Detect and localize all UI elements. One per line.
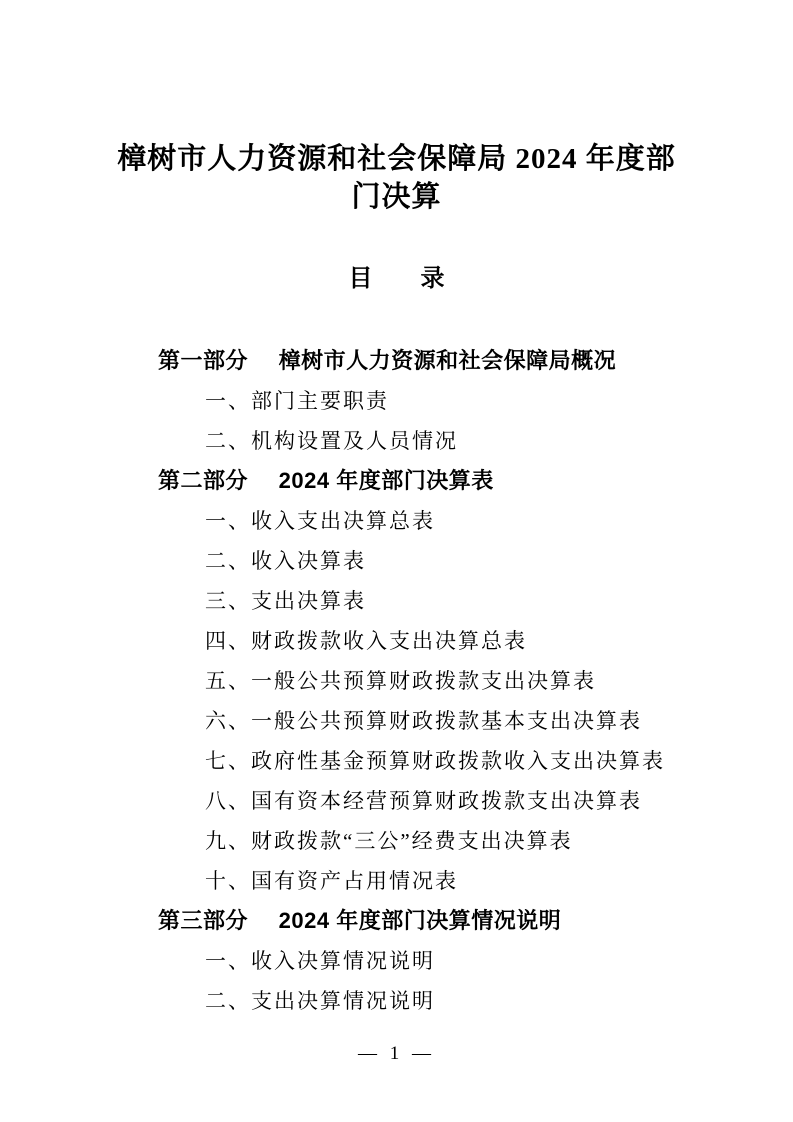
toc-part-3-label: 第三部分: [158, 908, 248, 933]
toc-part-1-heading: 第一部分 樟树市人力资源和社会保障局概况: [158, 341, 793, 381]
toc-part-1: 第一部分 樟树市人力资源和社会保障局概况 一、部门主要职责 二、机构设置及人员情…: [158, 341, 793, 461]
toc-item: 六、一般公共预算财政拨款基本支出决算表: [205, 701, 793, 741]
toc-item: 九、财政拨款“三公”经费支出决算表: [205, 821, 793, 861]
toc-item: 八、国有资本经营预算财政拨款支出决算表: [205, 781, 793, 821]
page-number: — 1 —: [358, 1043, 435, 1064]
toc-part-3-title: 2024 年度部门决算情况说明: [279, 908, 562, 933]
toc-heading-char-1: 目: [349, 259, 373, 299]
page-footer: — 1 —: [0, 1044, 793, 1064]
document-title-line-1: 樟树市人力资源和社会保障局 2024 年度部: [55, 140, 738, 178]
toc-item: 十、国有资产占用情况表: [205, 861, 793, 901]
toc-item: 二、机构设置及人员情况: [205, 421, 793, 461]
toc-part-2-title: 2024 年度部门决算表: [279, 468, 494, 493]
toc-item: 二、支出决算情况说明: [205, 981, 793, 1021]
toc-part-2: 第二部分 2024 年度部门决算表 一、收入支出决算总表 二、收入决算表 三、支…: [158, 461, 793, 901]
toc-item: 二、收入决算表: [205, 541, 793, 581]
document-title-line-2: 门决算: [55, 178, 738, 216]
toc-heading-char-2: 录: [421, 259, 445, 299]
toc-part-1-title: 樟树市人力资源和社会保障局概况: [279, 348, 617, 373]
toc-heading: 目 录: [0, 259, 793, 299]
toc-item: 七、政府性基金预算财政拨款收入支出决算表: [205, 741, 793, 781]
document-title: 樟树市人力资源和社会保障局 2024 年度部 门决算: [55, 140, 738, 216]
toc-item: 一、收入支出决算总表: [205, 501, 793, 541]
document-page: 樟树市人力资源和社会保障局 2024 年度部 门决算 目 录 第一部分 樟树市人…: [0, 0, 793, 1122]
toc-item: 一、部门主要职责: [205, 381, 793, 421]
toc-part-2-label: 第二部分: [158, 468, 248, 493]
toc-item: 一、收入决算情况说明: [205, 941, 793, 981]
toc-part-2-heading: 第二部分 2024 年度部门决算表: [158, 461, 793, 501]
toc-item: 四、财政拨款收入支出决算总表: [205, 621, 793, 661]
toc-item: 五、一般公共预算财政拨款支出决算表: [205, 661, 793, 701]
toc-part-3-heading: 第三部分 2024 年度部门决算情况说明: [158, 901, 793, 941]
toc-part-3: 第三部分 2024 年度部门决算情况说明 一、收入决算情况说明 二、支出决算情况…: [158, 901, 793, 1021]
toc-part-1-label: 第一部分: [158, 348, 248, 373]
table-of-contents: 第一部分 樟树市人力资源和社会保障局概况 一、部门主要职责 二、机构设置及人员情…: [158, 341, 793, 1021]
toc-item: 三、支出决算表: [205, 581, 793, 621]
